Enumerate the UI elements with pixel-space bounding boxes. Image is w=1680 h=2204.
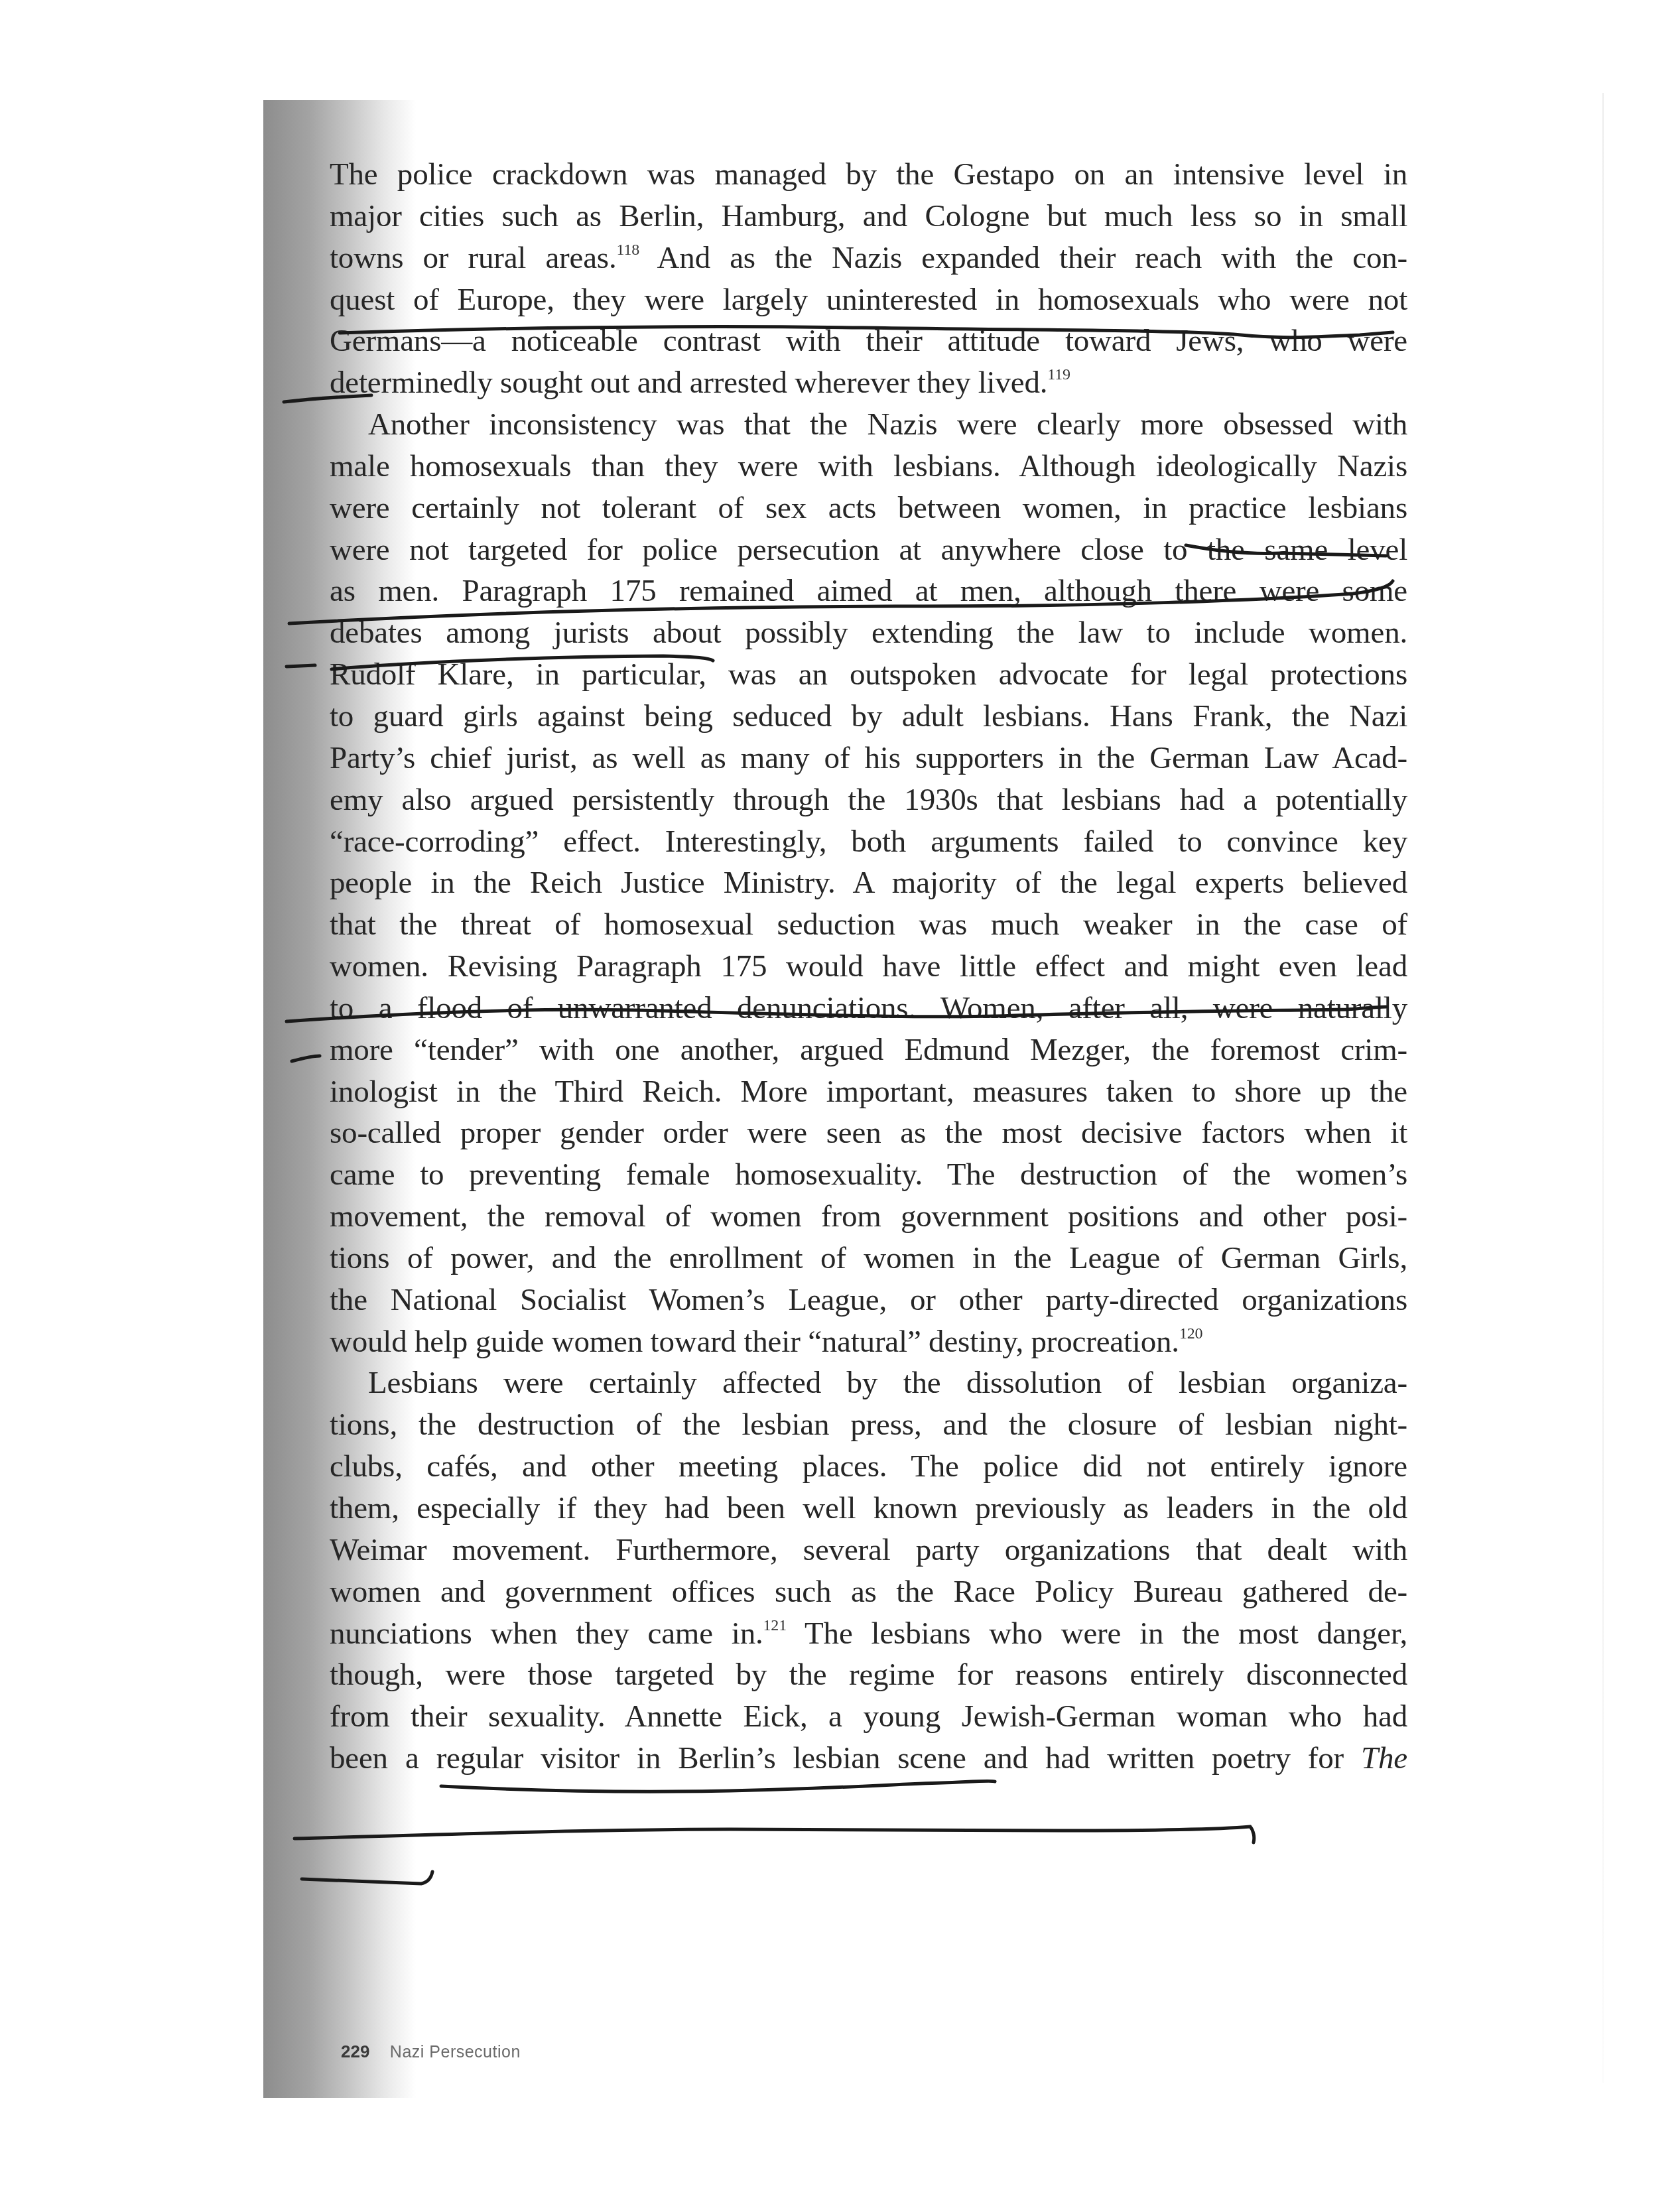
text-fragment: nunciations when they came in. — [330, 1616, 763, 1651]
text-line: towns or rural areas.118 And as the Nazi… — [330, 237, 1407, 279]
text-line: Party’s chief jurist, as well as many of… — [330, 738, 1407, 779]
text-line: women. Revising Paragraph 175 would have… — [330, 946, 1407, 988]
text-line: quest of Europe, they were largely unint… — [330, 279, 1407, 321]
text-line: that the threat of homosexual seduction … — [330, 904, 1407, 946]
text-line: debates among jurists about possibly ext… — [330, 612, 1407, 654]
text-line: from their sexuality. Annette Eick, a yo… — [330, 1696, 1407, 1738]
page-footer: 229 Nazi Persecution — [341, 2042, 521, 2062]
text-line: male homosexuals than they were with les… — [330, 446, 1407, 487]
text-line: people in the Reich Justice Ministry. A … — [330, 862, 1407, 904]
text-line: to a flood of unwarranted denunciations.… — [330, 988, 1407, 1029]
text-line: though, were those targeted by the regim… — [330, 1654, 1407, 1696]
text-line: tions of power, and the enrollment of wo… — [330, 1238, 1407, 1279]
running-head: Nazi Persecution — [390, 2043, 521, 2061]
text-fragment: been a regular visitor in Berlin’s lesbi… — [330, 1741, 1361, 1776]
text-line: were not targeted for police persecution… — [330, 529, 1407, 571]
footnote-ref-120[interactable]: 120 — [1179, 1325, 1202, 1342]
footnote-ref-118[interactable]: 118 — [616, 241, 639, 259]
footnote-ref-121[interactable]: 121 — [763, 1617, 787, 1634]
text-line: to guard girls against being seduced by … — [330, 696, 1407, 738]
text-line: emy also argued persistently through the… — [330, 779, 1407, 821]
italic-title-start: The — [1361, 1741, 1407, 1776]
footnote-ref-119[interactable]: 119 — [1047, 366, 1070, 383]
text-line: would help guide women toward their “nat… — [330, 1321, 1407, 1363]
text-line: tions, the destruction of the lesbian pr… — [330, 1404, 1407, 1446]
pen-underline — [441, 1781, 995, 1791]
text-fragment: The lesbians who were in the most danger… — [787, 1616, 1407, 1651]
text-line: Another inconsistency was that the Nazis… — [330, 404, 1407, 446]
text-line: “race-corroding” effect. Interestingly, … — [330, 821, 1407, 863]
book-page-body: The police crackdown was managed by the … — [330, 154, 1407, 1780]
scan-page-edge — [1602, 93, 1604, 2083]
text-line: The police crackdown was managed by the … — [330, 154, 1407, 196]
text-line: been a regular visitor in Berlin’s lesbi… — [330, 1738, 1407, 1780]
text-fragment: determinedly sought out and arrested whe… — [330, 365, 1047, 400]
paragraph-2: Another inconsistency was that the Nazis… — [330, 404, 1407, 1362]
text-line: Weimar movement. Furthermore, several pa… — [330, 1529, 1407, 1571]
text-fragment: And as the Nazis expanded their reach wi… — [639, 241, 1407, 275]
text-line: major cities such as Berlin, Hamburg, an… — [330, 196, 1407, 237]
text-line: determinedly sought out and arrested whe… — [330, 362, 1407, 404]
text-line: were certainly not tolerant of sex acts … — [330, 487, 1407, 529]
text-line: Lesbians were certainly affected by the … — [330, 1362, 1407, 1404]
paragraph-1: The police crackdown was managed by the … — [330, 154, 1407, 404]
paragraph-3: Lesbians were certainly affected by the … — [330, 1362, 1407, 1779]
text-line: nunciations when they came in.121 The le… — [330, 1613, 1407, 1655]
pen-underline — [294, 1827, 1254, 1843]
text-line: inologist in the Third Reich. More impor… — [330, 1071, 1407, 1113]
text-line: them, especially if they had been well k… — [330, 1488, 1407, 1529]
text-line: clubs, cafés, and other meeting places. … — [330, 1446, 1407, 1488]
text-line: the National Socialist Women’s League, o… — [330, 1279, 1407, 1321]
text-fragment: towns or rural areas. — [330, 241, 616, 275]
page-number: 229 — [341, 2042, 369, 2061]
text-line: Germans—a noticeable contrast with their… — [330, 320, 1407, 362]
text-line: Rudolf Klare, in particular, was an outs… — [330, 654, 1407, 696]
text-line: as men. Paragraph 175 remained aimed at … — [330, 570, 1407, 612]
text-line: movement, the removal of women from gove… — [330, 1196, 1407, 1238]
text-line: more “tender” with one another, argued E… — [330, 1029, 1407, 1071]
text-line: came to preventing female homosexuality.… — [330, 1154, 1407, 1196]
text-line: women and government offices such as the… — [330, 1571, 1407, 1613]
text-fragment: would help guide women toward their “nat… — [330, 1325, 1179, 1359]
text-line: so-called proper gender order were seen … — [330, 1112, 1407, 1154]
